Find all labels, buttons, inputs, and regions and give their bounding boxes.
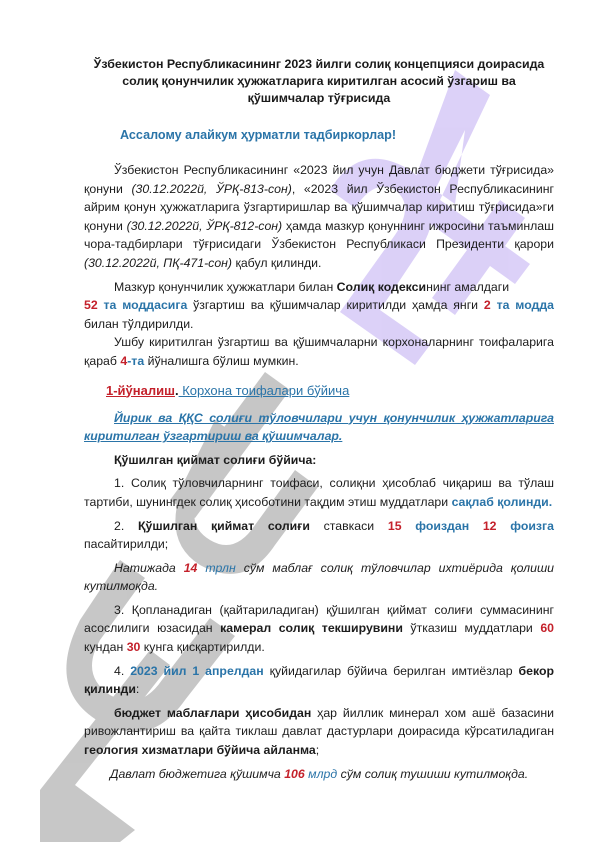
new-days: 30 <box>127 640 141 654</box>
text: билан тўлдирилди. <box>84 317 193 331</box>
item-number: 2. <box>114 519 138 533</box>
percent-label: фоизга <box>497 519 554 533</box>
text: : <box>136 682 139 696</box>
text: Натижада <box>114 561 184 575</box>
text: Мазкур қонунчилик ҳужжатлари билан <box>114 280 337 294</box>
text: кундан <box>84 640 127 654</box>
vat-item-1: 1. Солиқ тўловчиларнинг тоифаси, солиқни… <box>84 474 554 511</box>
old-days: 60 <box>540 621 554 635</box>
kept-label: сақлаб қолинди. <box>452 495 553 509</box>
greeting: Ассалому алайкум ҳурматли тадбиркорлар! <box>84 127 554 144</box>
text: Давлат бюджетига қўшимча <box>110 767 284 781</box>
vat-item-4: 4. 2023 йил 1 апрелдан қуйидагилар бўйич… <box>84 662 554 699</box>
old-rate: 15 <box>388 519 402 533</box>
direction-title: Корхона тоифалари бўйича <box>179 383 350 398</box>
document-title: Ўзбекистон Республикасининг 2023 йилги с… <box>90 56 548 107</box>
articles-amended-count: 52 <box>84 298 98 312</box>
articles-label: та моддасига <box>98 298 188 312</box>
vat-label: Қўшилган қиймат солиғи <box>138 519 310 533</box>
intro-text: қабул қилинди. <box>232 256 321 270</box>
law-ref-812: (30.12.2022й, ЎРҚ-812-сон) <box>127 219 283 233</box>
text: кунга қисқартирилди. <box>140 640 264 654</box>
intro-paragraph: Ўзбекистон Республикасининг «2023 йил уч… <box>84 161 554 273</box>
text: ўзгартиш ва қўшимчалар киритилди ҳамда я… <box>187 298 484 312</box>
text: қуйидагилар бўйича берилган имтиёзлар <box>264 664 519 678</box>
note-result-1: Натижада 14 трлн сўм маблағ солиқ тўловч… <box>84 559 554 596</box>
new-articles-count: 2 <box>484 298 491 312</box>
percent-label: фоиздан <box>402 519 483 533</box>
text: ставкаси <box>310 519 388 533</box>
budget-funds-label: бюджет маблағлари ҳисобидан <box>114 706 311 720</box>
effective-date: 2023 йил 1 апрелдан <box>130 664 263 678</box>
billion-amount: 106 <box>284 767 305 781</box>
subheading: Йирик ва ҚҚС солиғи тўловчилари учун қон… <box>84 409 554 446</box>
budget-paragraph: бюджет маблағлари ҳисобидан ҳар йиллик м… <box>84 704 554 760</box>
item-number: 4. <box>114 664 130 678</box>
document-page: Ўзбекистон Республикасининг 2023 йилги с… <box>84 56 554 783</box>
direction-heading: 1-йўналиш. Корхона тоифалари бўйича <box>84 381 554 401</box>
vat-item-3: 3. Қопланадиган (қайтариладиган) қўшилга… <box>84 601 554 657</box>
law-ref-813: (30.12.2022й, ЎРҚ-813-сон) <box>131 182 291 196</box>
text: йўналишга бўлиш мумкин. <box>144 354 298 368</box>
unit-label: трлн <box>197 561 235 575</box>
new-rate: 12 <box>483 519 497 533</box>
vat-item-2: 2. Қўшилган қиймат солиғи ставкаси 15 фо… <box>84 517 554 554</box>
decree-ref-471: (30.12.2022й, ПҚ-471-сон) <box>84 256 232 270</box>
text: нинг амалдаги <box>426 280 509 294</box>
tax-code-label: Солиқ кодекси <box>337 280 426 294</box>
trillion-amount: 14 <box>184 561 198 575</box>
vat-heading: Қўшилган қиймат солиғи бўйича: <box>84 451 554 470</box>
direction-number: 1-йўналиш <box>106 383 175 398</box>
article-label: та модда <box>491 298 554 312</box>
text: ; <box>316 743 319 757</box>
note-result-2: Давлат бюджетига қўшимча 106 млрд сўм со… <box>84 765 554 784</box>
text: сўм солиқ тушиши кутилмоқда. <box>337 767 528 781</box>
text: пасайтирилди; <box>84 537 168 551</box>
geology-services-label: геология хизматлари бўйича айланма <box>84 743 316 757</box>
text: ўтказиш муддатлари <box>403 621 540 635</box>
amendments-paragraph: Мазкур қонунчилик ҳужжатлари билан Солиқ… <box>84 278 554 334</box>
desk-audit-label: камерал солиқ текширувини <box>220 621 403 635</box>
split-paragraph: Ушбу киритилган ўзгартиш ва қўшимчаларни… <box>84 333 554 370</box>
count-suffix: -та <box>127 354 144 368</box>
unit-label: млрд <box>305 767 337 781</box>
